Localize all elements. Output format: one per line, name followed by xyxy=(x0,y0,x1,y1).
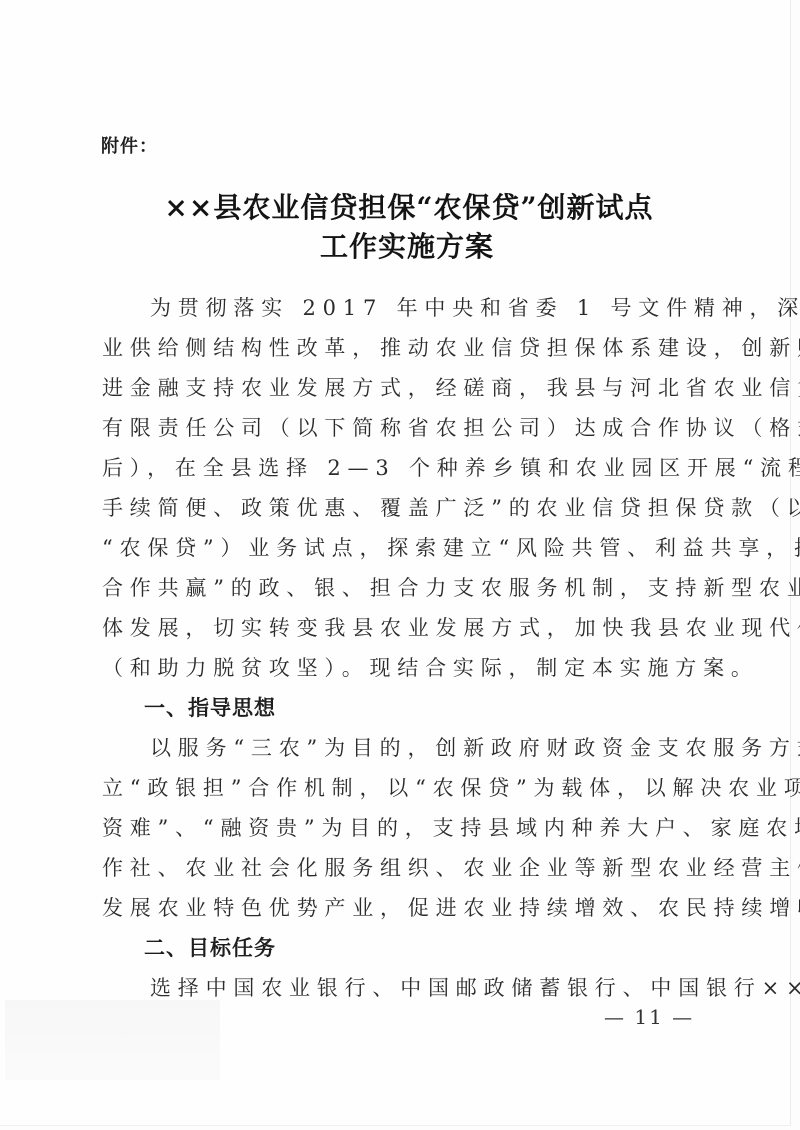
text-line: 体发展，切实转变我县农业发展方式，加快我县农业现代化建设 xyxy=(102,608,692,648)
text-line: 为贯彻落实 2017 年中央和省委 1 号文件精神，深入推进农 xyxy=(102,288,692,328)
document-body: 为贯彻落实 2017 年中央和省委 1 号文件精神，深入推进农 业供给侧结构性改… xyxy=(102,288,692,1008)
scan-shadow xyxy=(5,1000,220,1080)
text-line: 发展农业特色优势产业，促进农业持续增效、农民持续增收。 xyxy=(102,888,692,928)
page-number: — 11 — xyxy=(604,1005,694,1029)
text-line: 合作共赢”的政、银、担合力支农服务机制，支持新型农业经营主 xyxy=(102,568,692,608)
section-heading-goals-tasks: 二、目标任务 xyxy=(102,928,692,968)
document-title-line-2: 工作实施方案 xyxy=(12,225,800,265)
text-line: 有限责任公司（以下简称省农担公司）达成合作协议（格式附 xyxy=(102,408,692,448)
section1-paragraph: 以服务“三农”为目的，创新政府财政资金支农服务方式，建 立“政银担”合作机制，以… xyxy=(102,728,692,928)
text-line: 业供给侧结构性改革，推动农业信贷担保体系建设，创新财政促 xyxy=(102,328,692,368)
text-line: （和助力脱贫攻坚）。现结合实际，制定本实施方案。 xyxy=(102,648,692,688)
document-page: 附件： ××县农业信贷担保“农保贷”创新试点 工作实施方案 为贯彻落实 2017… xyxy=(0,0,791,1126)
text-line: 进金融支持农业发展方式，经磋商，我县与河北省农业信贷担保 xyxy=(102,368,692,408)
text-line: 立“政银担”合作机制，以“农保贷”为载体，以解决农业项目“融 xyxy=(102,768,692,808)
section-heading-guiding-ideology: 一、指导思想 xyxy=(102,688,692,728)
text-line: 选择中国农业银行、中国邮政储蓄银行、中国银行××县支 xyxy=(102,968,692,1008)
text-line: “农保贷”）业务试点，探索建立“风险共管、利益共享，损失共担， xyxy=(102,528,692,568)
text-line: 手续简便、政策优惠、覆盖广泛”的农业信贷担保贷款（以下简称 xyxy=(102,488,692,528)
section2-paragraph: 选择中国农业银行、中国邮政储蓄银行、中国银行××县支 xyxy=(102,968,692,1008)
text-line: 作社、农业社会化服务组织、农业企业等新型农业经营主体，扶持 xyxy=(102,848,692,888)
intro-paragraph: 为贯彻落实 2017 年中央和省委 1 号文件精神，深入推进农 业供给侧结构性改… xyxy=(102,288,692,688)
attachment-label: 附件： xyxy=(101,132,158,158)
document-title-line-1: ××县农业信贷担保“农保贷”创新试点 xyxy=(14,186,800,226)
text-line: 以服务“三农”为目的，创新政府财政资金支农服务方式，建 xyxy=(102,728,692,768)
text-line: 后），在全县选择 2—3 个种养乡镇和农业园区开展“流程优化、 xyxy=(102,448,692,488)
text-line: 资难”、“融资贵”为目的，支持县域内种养大户、家庭农场、农民合 xyxy=(102,808,692,848)
